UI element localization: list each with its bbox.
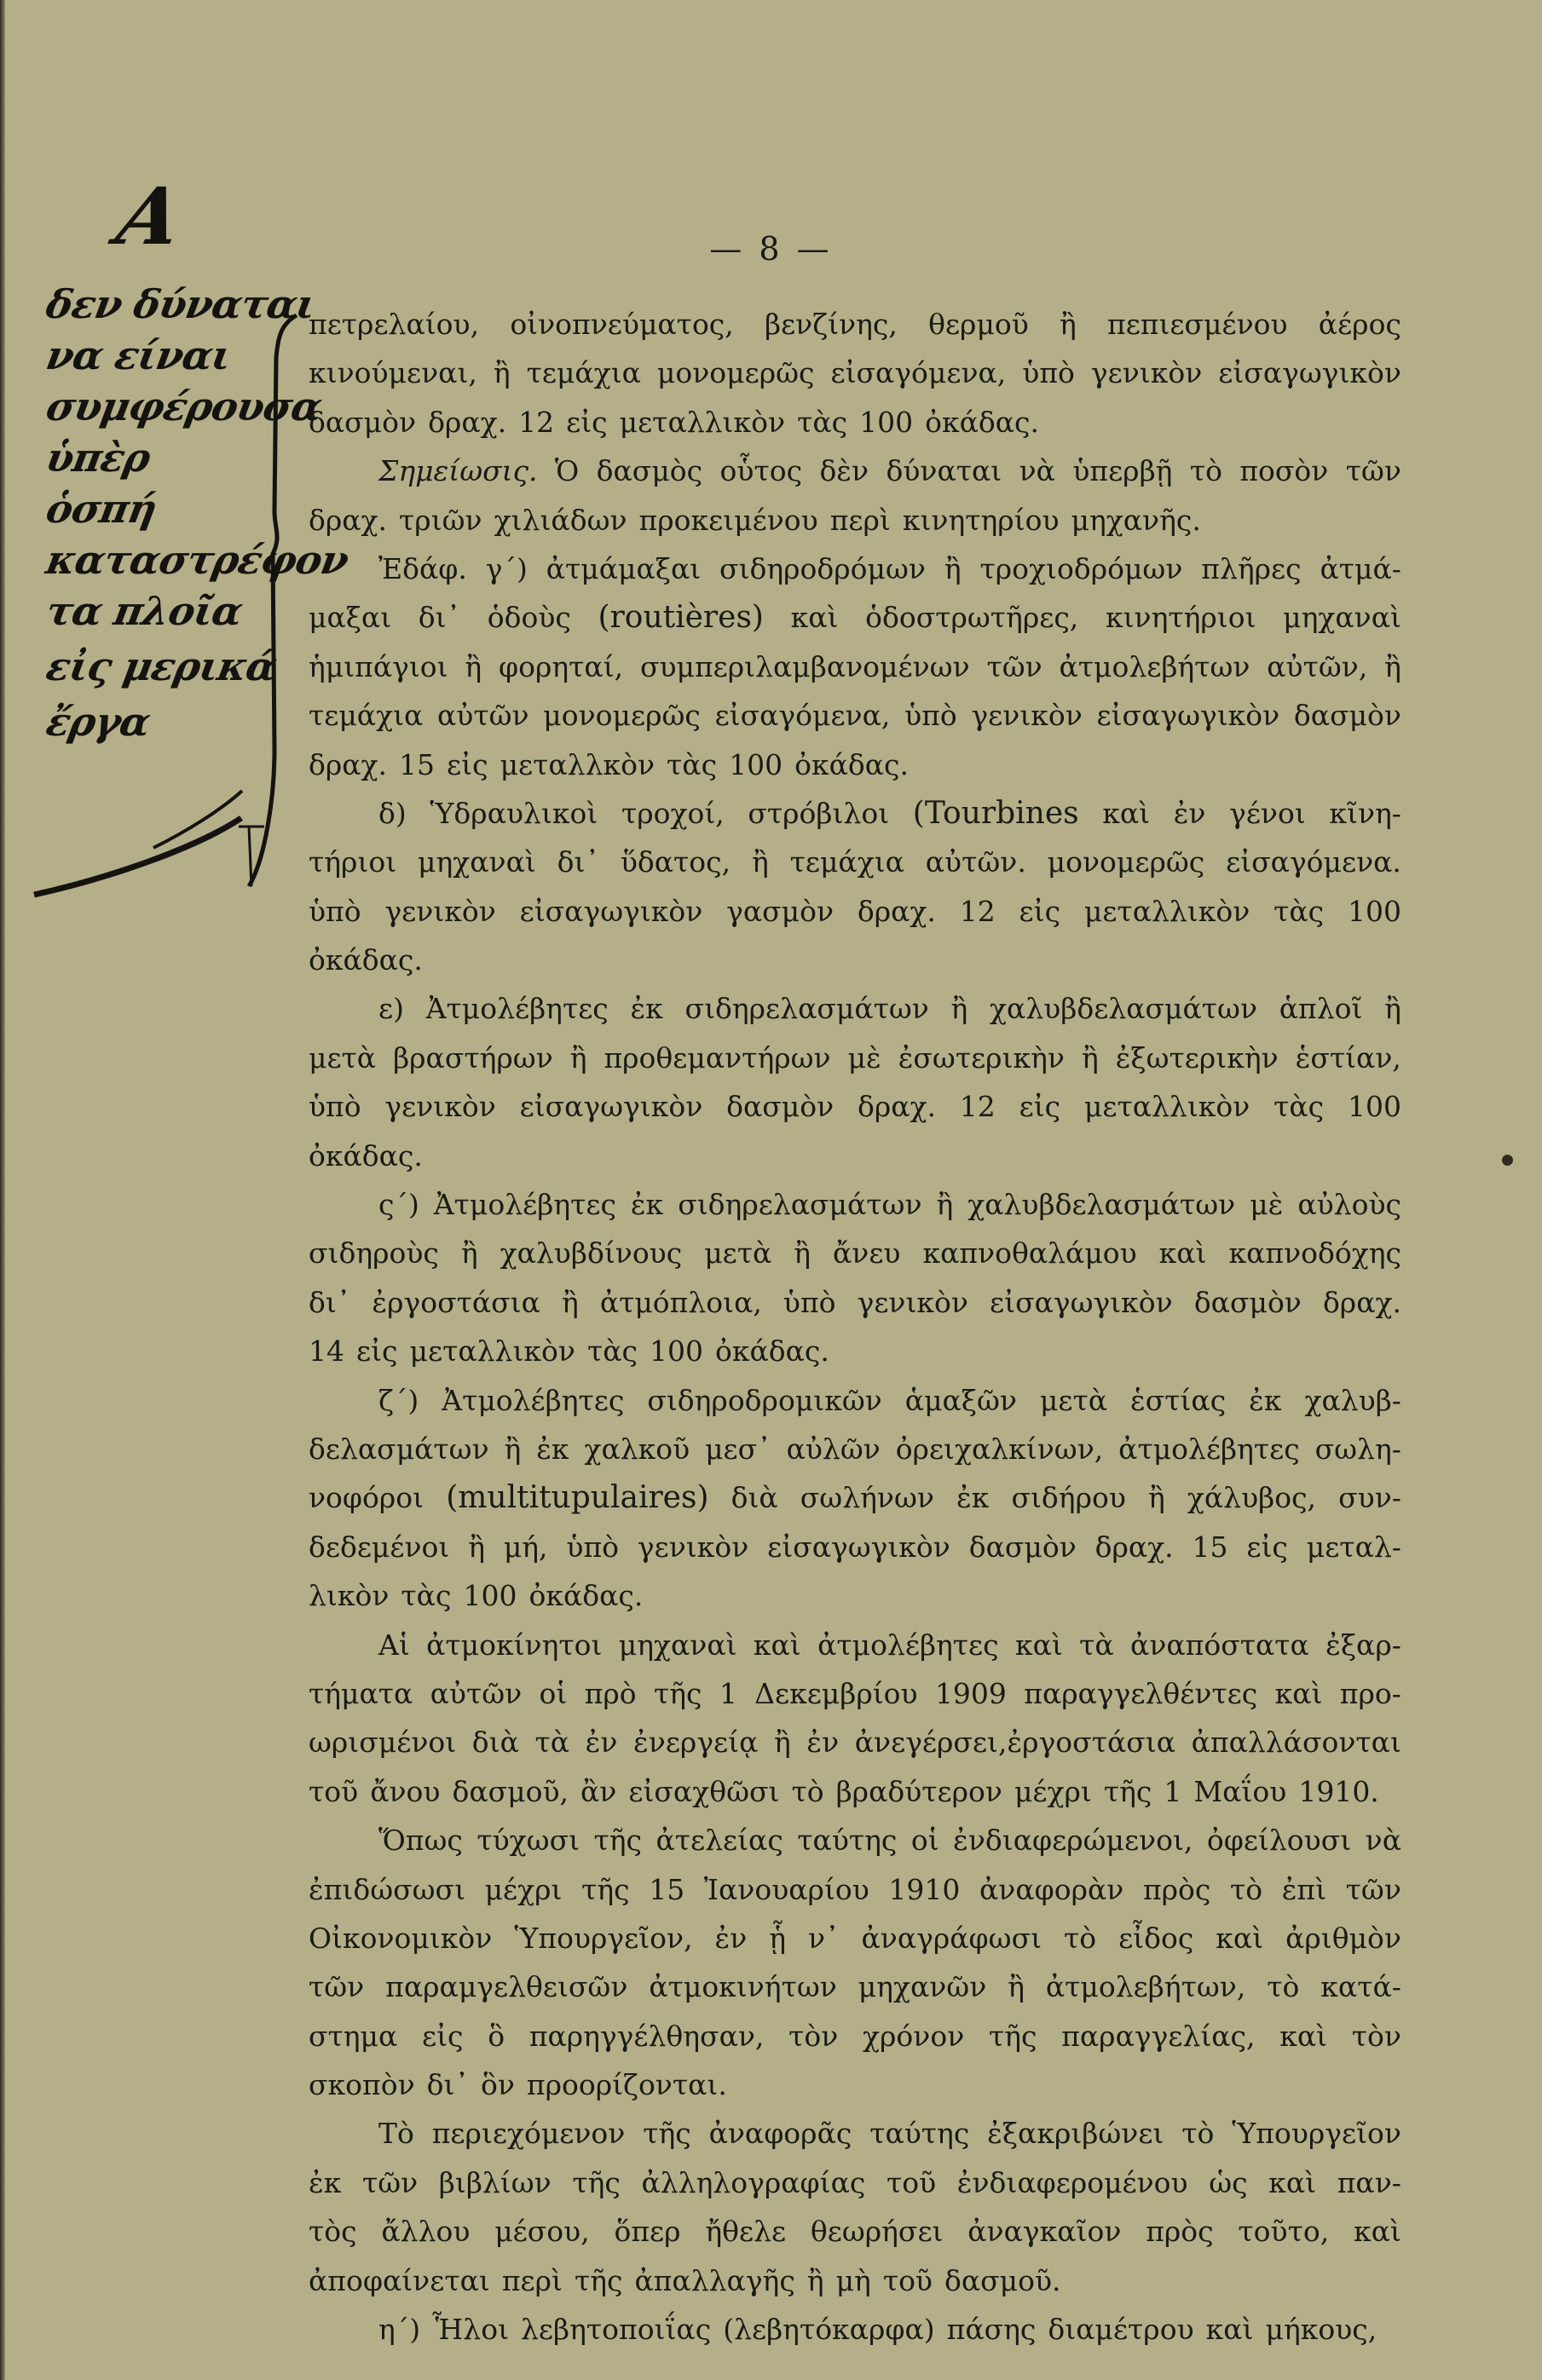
text-line: Σημείωσις.Ὁδασμὸςοὗτοςδὲνδύναταινὰὑπερβῇ… <box>309 447 1401 495</box>
paragraph: πετρελαίου,οἰνοπνεύματος,βενζίνης,θερμοῦ… <box>309 300 1401 447</box>
text-line: τήριοιμηχαναὶδι᾽ὕδατος,ἢτεμάχιααὐτῶν.μον… <box>309 838 1401 886</box>
ink-spot <box>1502 1155 1513 1166</box>
paragraph: Ὅπωςτύχωσιτῆςἀτελείαςταύτηςοἱἐνδιαφερώμε… <box>309 1816 1401 2109</box>
paragraph: Αἱἀτμοκίνητοιμηχαναὶκαὶἀτμολέβητεςκαὶτὰἀ… <box>309 1621 1401 1817</box>
text-line: ὑπὸγενικὸνεἰσαγωγικὸνδασμὸνδραχ.12εἰςμετ… <box>309 1082 1401 1131</box>
text-line: δασμὸνδραχ.12εἰςμεταλλικὸντὰς100ὀκάδας. <box>309 398 1401 447</box>
text-line: ς΄)Ἀτμολέβητεςἐκσιδηρελασμάτωνἢχαλυβδελα… <box>309 1180 1401 1229</box>
marginalia-line: συμφέρουσα <box>43 383 325 429</box>
text-line: σκοπὸνδι᾽ὃνπροορίζονται. <box>309 2060 1401 2109</box>
text-line: ΟἰκονομικὸνὙπουργεῖον,ἐνᾗν᾽ἀναγράφωσιτὸε… <box>309 1914 1401 1962</box>
text-line: δραχ.τριῶνχιλιάδωνπροκειμένουπερὶκινητηρ… <box>309 496 1401 545</box>
text-line: τὸςἄλλουμέσου,ὅπερἤθελεθεωρήσειἀναγκαῖον… <box>309 2207 1401 2256</box>
text-line: ὀκάδας. <box>309 936 1401 984</box>
marginalia-line: δεν δύναται <box>43 281 319 327</box>
text-line: ὑπὸγενικὸνεἰσαγωγικὸνγασμὸνδραχ.12εἰςμετ… <box>309 887 1401 936</box>
paragraph: Τὸπεριεχόμενοντῆςἀναφορᾶςταύτηςἐξακριβών… <box>309 2109 1401 2305</box>
text-line: ἀποφαίνεταιπερὶτῆςἀπαλλαγῆςἢμὴτοῦδασμοῦ. <box>309 2256 1401 2305</box>
text-line: δι᾽ἐργοστάσιαἢἀτμόπλοια,ὑπὸγενικὸνεἰσαγω… <box>309 1278 1401 1327</box>
handwritten-marginalia: A δεν δύναται να είναι συμφέρουσα ὑπὲρ ὁ… <box>26 153 281 920</box>
text-line: τήματααὐτῶνοἱπρὸτῆς1Δεκεμβρίου1909παραγγ… <box>309 1669 1401 1718</box>
paragraph: ζ΄)Ἀτμολέβητεςσιδηροδρομικῶνἁμαξῶνμετὰἑσ… <box>309 1376 1401 1621</box>
text-line: 14εἰςμεταλλικὸντὰς100ὀκάδας. <box>309 1327 1401 1375</box>
text-line: Τὸπεριεχόμενοντῆςἀναφορᾶςταύτηςἐξακριβών… <box>309 2109 1401 2158</box>
text-line: δραχ.15εἰςμεταλλκὸντὰς100ὀκάδας. <box>309 741 1401 789</box>
text-line: στημαεἰςὃπαρηγγέλθησαν,τὸνχρόνοντῆςπαραγ… <box>309 2012 1401 2060</box>
body-text: πετρελαίου,οἰνοπνεύματος,βενζίνης,θερμοῦ… <box>309 300 1401 2354</box>
paragraph: Ἐδάφ.γ΄)ἀτμάμαξαισιδηροδρόμωνἢτροχιοδρόμ… <box>309 545 1401 789</box>
marginalia-line: ὑπὲρ <box>43 435 153 481</box>
text-line: μετὰβραστήρωνἢπροθεμαντήρωνμὲἐσωτερικὴνἢ… <box>309 1034 1401 1082</box>
text-line: δελασμάτωνἢἐκχαλκοῦμεσ᾽αὐλῶνὀρειχαλκίνων… <box>309 1425 1401 1473</box>
text-line: Ἐδάφ.γ΄)ἀτμάμαξαισιδηροδρόμωνἢτροχιοδρόμ… <box>309 545 1401 593</box>
text-line: δεδεμένοιἢμή,ὑπὸγενικὸνεἰσαγωγικὸνδασμὸν… <box>309 1523 1401 1571</box>
marginalia-line: ὁσπή <box>43 486 159 532</box>
paragraph: η΄)Ἧλοιλεβητοποιΐας(λεβητόκαρφα)πάσηςδια… <box>309 2305 1401 2354</box>
marginalia-line: καταστρέφον <box>43 537 351 583</box>
text-line: κινούμεναι,ἢτεμάχιαμονομερῶςεἰσαγόμενα,ὑ… <box>309 349 1401 397</box>
text-line: ὀκάδας. <box>309 1132 1401 1180</box>
text-line: τοῦἄνουδασμοῦ,ἂνεἰσαχθῶσιτὸβραδύτερονμέχ… <box>309 1767 1401 1816</box>
text-line: δ)Ὑδραυλικοὶτροχοί,στρόβιλοι(Tourbinesκα… <box>309 789 1401 838</box>
text-line: πετρελαίου,οἰνοπνεύματος,βενζίνης,θερμοῦ… <box>309 300 1401 349</box>
marginalia-line: να είναι <box>43 332 234 378</box>
text-line: ἡμιπάγιοιἢφορηταί,συμπεριλαμβανομένωντῶν… <box>309 643 1401 691</box>
text-line: τεμάχιααὐτῶνμονομερῶςεἰσαγόμενα,ὑπὸγενικ… <box>309 691 1401 740</box>
text-line: λικὸντὰς100ὀκάδας. <box>309 1571 1401 1620</box>
text-line: σιδηροὺςἢχαλυβδίνουςμετὰἢἄνευκαπνοθαλάμο… <box>309 1229 1401 1277</box>
marginalia-line: εἰς μερικά <box>43 643 280 689</box>
text-line: ἐκτῶνβιβλίωντῆςἀλληλογραφίαςτοῦἐνδιαφερο… <box>309 2158 1401 2207</box>
paragraph: δ)Ὑδραυλικοὶτροχοί,στρόβιλοι(Tourbinesκα… <box>309 789 1401 985</box>
text-line: ωρισμένοιδιὰτὰἐνἐνεργείᾳἢἐνἀνεγέρσει,ἐργ… <box>309 1718 1401 1766</box>
marginalia-line: ἔργα <box>43 699 153 745</box>
text-line: η΄)Ἧλοιλεβητοποιΐας(λεβητόκαρφα)πάσηςδια… <box>309 2305 1401 2354</box>
text-line: Αἱἀτμοκίνητοιμηχαναὶκαὶἀτμολέβητεςκαὶτὰἀ… <box>309 1621 1401 1669</box>
text-line: ε)Ἀτμολέβητεςἐκσιδηρελασμάτωνἢχαλυβδελασ… <box>309 984 1401 1033</box>
text-line: νοφόροι(multitupulaires)διὰσωλήνωνἐκσιδή… <box>309 1473 1401 1522</box>
text-line: Ὅπωςτύχωσιτῆςἀτελείαςταύτηςοἱἐνδιαφερώμε… <box>309 1816 1401 1864</box>
text-line: μαξαιδι᾽ὁδοὺς(routières)καὶὁδοστρωτῆρες,… <box>309 593 1401 642</box>
paragraph: ε)Ἀτμολέβητεςἐκσιδηρελασμάτωνἢχαλυβδελασ… <box>309 984 1401 1180</box>
text-line: ζ΄)Ἀτμολέβητεςσιδηροδρομικῶνἁμαξῶνμετὰἑσ… <box>309 1376 1401 1425</box>
page-binding-edge <box>0 0 5 2380</box>
text-line: τῶνπαραμγελθεισῶνἀτμοκινήτωνμηχανῶνἢἀτμο… <box>309 1962 1401 2011</box>
text-line: ἐπιδώσωσιμέχριτῆς15Ἰανουαρίου1910ἀναφορὰ… <box>309 1865 1401 1914</box>
paragraph: ς΄)Ἀτμολέβητεςἐκσιδηρελασμάτωνἢχαλυβδελα… <box>309 1180 1401 1376</box>
paragraph: Σημείωσις.Ὁδασμὸςοὗτοςδὲνδύναταινὰὑπερβῇ… <box>309 447 1401 545</box>
marginalia-line: τα πλοῖα <box>43 588 245 634</box>
